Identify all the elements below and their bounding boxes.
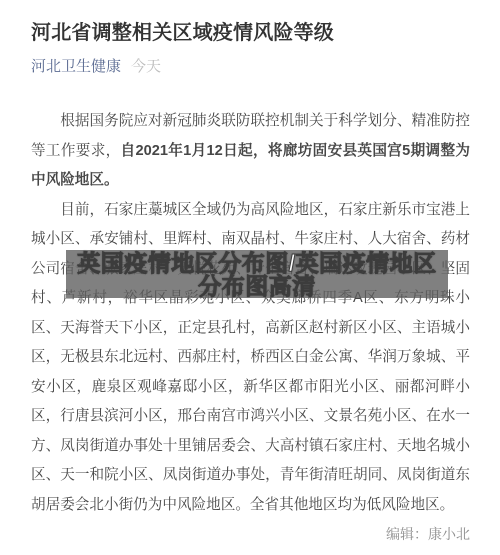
- byline: 河北卫生健康 今天: [31, 57, 470, 76]
- publish-time: 今天: [131, 57, 161, 76]
- article-body: 根据国务院应对新冠肺炎联防联控机制关于科学划分、精准防控等工作要求，自2021年…: [31, 107, 470, 544]
- source-link[interactable]: 河北卫生健康: [31, 57, 121, 76]
- paragraph-1: 根据国务院应对新冠肺炎联防联控机制关于科学划分、精准防控等工作要求，自2021年…: [31, 107, 470, 196]
- article-page: 河北省调整相关区域疫情风险等级 河北卫生健康 今天 根据国务院应对新冠肺炎联防联…: [0, 0, 500, 555]
- paragraph-2: 目前，石家庄藁城区全域仍为高风险地区，石家庄新乐市宝港上城小区、承安铺村、里辉村…: [31, 196, 470, 521]
- watermark-text-line1: 英国疫情地区分布图/英国疫情地区: [66, 252, 448, 275]
- page-title: 河北省调整相关区域疫情风险等级: [31, 20, 470, 47]
- editor-credit: 编辑：康小北: [31, 524, 470, 544]
- watermark-overlay: 英国疫情地区分布图/英国疫情地区 分布图高清: [66, 250, 448, 298]
- watermark-text-line2: 分布图高清: [66, 275, 448, 298]
